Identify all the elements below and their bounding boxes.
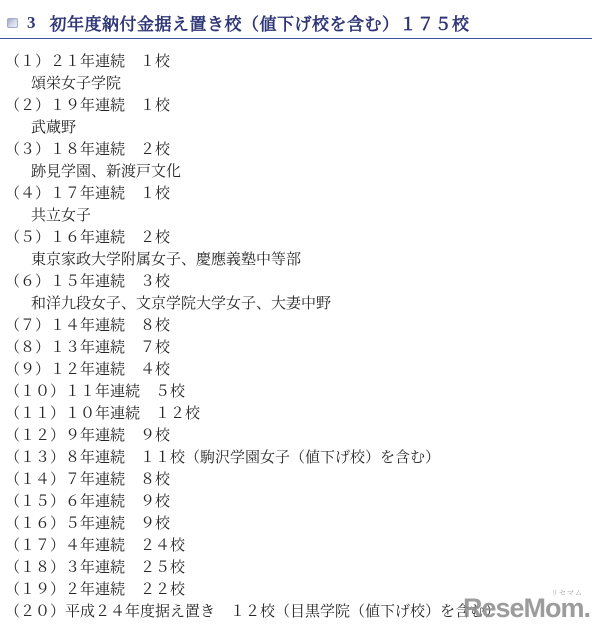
list-entry-schools: 跡見学園、新渡戸文化 bbox=[0, 161, 592, 183]
list-entry: （５）１６年連続 ２校 bbox=[0, 227, 592, 249]
section-title: 初年度納付金据え置き校（値下げ校を含む）１７５校 bbox=[50, 10, 470, 35]
list-entry-schools: 東京家政大学附属女子、慶應義塾中等部 bbox=[0, 249, 592, 271]
watermark-ruby-label: リセマム bbox=[551, 588, 583, 598]
header-divider bbox=[0, 38, 592, 39]
list-entry: （１０）１１年連続 ５校 bbox=[0, 381, 592, 403]
list-entry: （４）１７年連続 １校 bbox=[0, 183, 592, 205]
list-entry: （３）１８年連続 ２校 bbox=[0, 139, 592, 161]
list-entry: （１６）５年連続 ９校 bbox=[0, 513, 592, 535]
list-entry: （２）１９年連続 １校 bbox=[0, 95, 592, 117]
section-number: 3 bbox=[27, 13, 36, 33]
list-entry: （１７）４年連続 ２４校 bbox=[0, 535, 592, 557]
list-entry: （１８）３年連続 ２５校 bbox=[0, 557, 592, 579]
list-entry: （７）１４年連続 ８校 bbox=[0, 315, 592, 337]
list-entry: （９）１２年連続 ４校 bbox=[0, 359, 592, 381]
resemom-watermark: リセマム ReseMom. bbox=[463, 595, 590, 622]
list-entry: （１１）１０年連続 １２校 bbox=[0, 403, 592, 425]
list-entry: （６）１５年連続 ３校 bbox=[0, 271, 592, 293]
section-header: 3 初年度納付金据え置き校（値下げ校を含む）１７５校 bbox=[0, 10, 592, 35]
list-entry: （１）２１年連続 １校 bbox=[0, 51, 592, 73]
list-entry: （８）１３年連続 ７校 bbox=[0, 337, 592, 359]
list-entry-schools: 共立女子 bbox=[0, 205, 592, 227]
list-entry: （１２）９年連続 ９校 bbox=[0, 425, 592, 447]
list-entry: （１４）７年連続 ８校 bbox=[0, 469, 592, 491]
list-entry: （１３）８年連続 １１校（駒沢学園女子（値下げ校）を含む） bbox=[0, 447, 592, 469]
streak-list: （１）２１年連続 １校頌栄女子学院（２）１９年連続 １校武蔵野（３）１８年連続 … bbox=[0, 51, 592, 623]
list-entry: （１５）６年連続 ９校 bbox=[0, 491, 592, 513]
list-entry-schools: 和洋九段女子、文京学院大学女子、大妻中野 bbox=[0, 293, 592, 315]
list-entry-schools: 頌栄女子学院 bbox=[0, 73, 592, 95]
square-bullet-icon bbox=[7, 18, 18, 28]
list-entry-schools: 武蔵野 bbox=[0, 117, 592, 139]
